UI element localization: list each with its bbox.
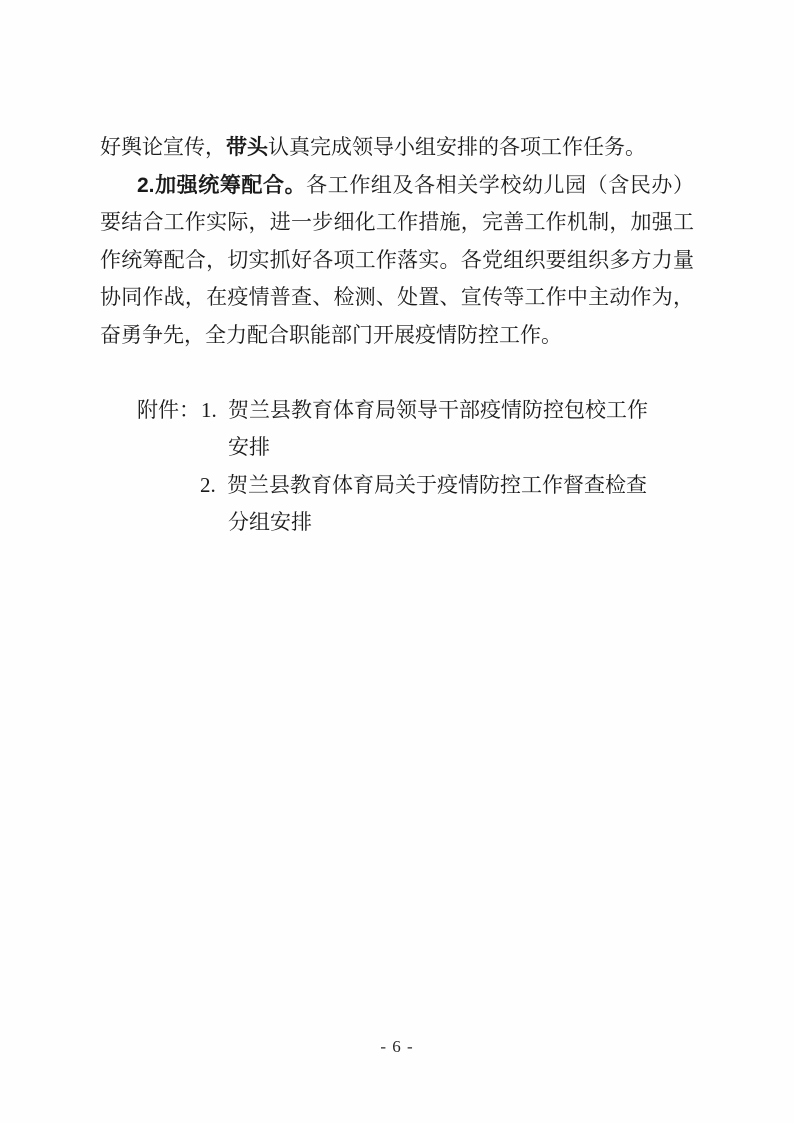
body-line-1: 好舆论宣传，带头认真完成领导小组安排的各项工作任务。 [100,129,694,167]
bold-emphasis: 带头 [226,136,268,159]
attachment-2-title-continuation: 分组安排 [100,504,694,542]
paragraph-heading: 2.加强统筹配合。 [137,174,306,197]
body-line-6: 奋勇争先，全力配合职能部门开展疫情防控工作。 [100,317,694,355]
body-text: 认真完成领导小组安排的各项工作任务。 [268,135,646,159]
body-line-2: 2.加强统筹配合。各工作组及各相关学校幼儿园（含民办） [100,167,694,205]
blank-line [100,354,694,392]
document-text-block: 好舆论宣传，带头认真完成领导小组安排的各项工作任务。 2.加强统筹配合。各工作组… [100,129,694,542]
body-text: 各工作组及各相关学校幼儿园（含民办） [306,173,694,197]
attachment-1-title-continuation: 安排 [100,429,694,467]
attachments-line-3: 2.贺兰县教育体育局关于疫情防控工作督查检查 [100,467,694,505]
attachment-2-title: 贺兰县教育体育局关于疫情防控工作督查检查 [227,473,647,497]
attachments-line-1: 附件：1.贺兰县教育体育局领导干部疫情防控包校工作 [100,392,694,430]
body-text: 好舆论宣传， [100,135,226,159]
page-number: - 6 - [0,1037,794,1057]
attachment-1-number: 1. [201,392,228,430]
body-line-5: 协同作战，在疫情普查、检测、处置、宣传等工作中主动作为， [100,279,694,317]
attachment-2-number: 2. [200,467,227,505]
attachments-label: 附件： [137,392,201,430]
body-line-4: 作统筹配合，切实抓好各项工作落实。各党组织要组织多方力量 [100,242,694,280]
document-page: 好舆论宣传，带头认真完成领导小组安排的各项工作任务。 2.加强统筹配合。各工作组… [0,0,794,1123]
body-line-3: 要结合工作实际，进一步细化工作措施，完善工作机制，加强工 [100,204,694,242]
attachment-1-title: 贺兰县教育体育局领导干部疫情防控包校工作 [228,398,648,422]
